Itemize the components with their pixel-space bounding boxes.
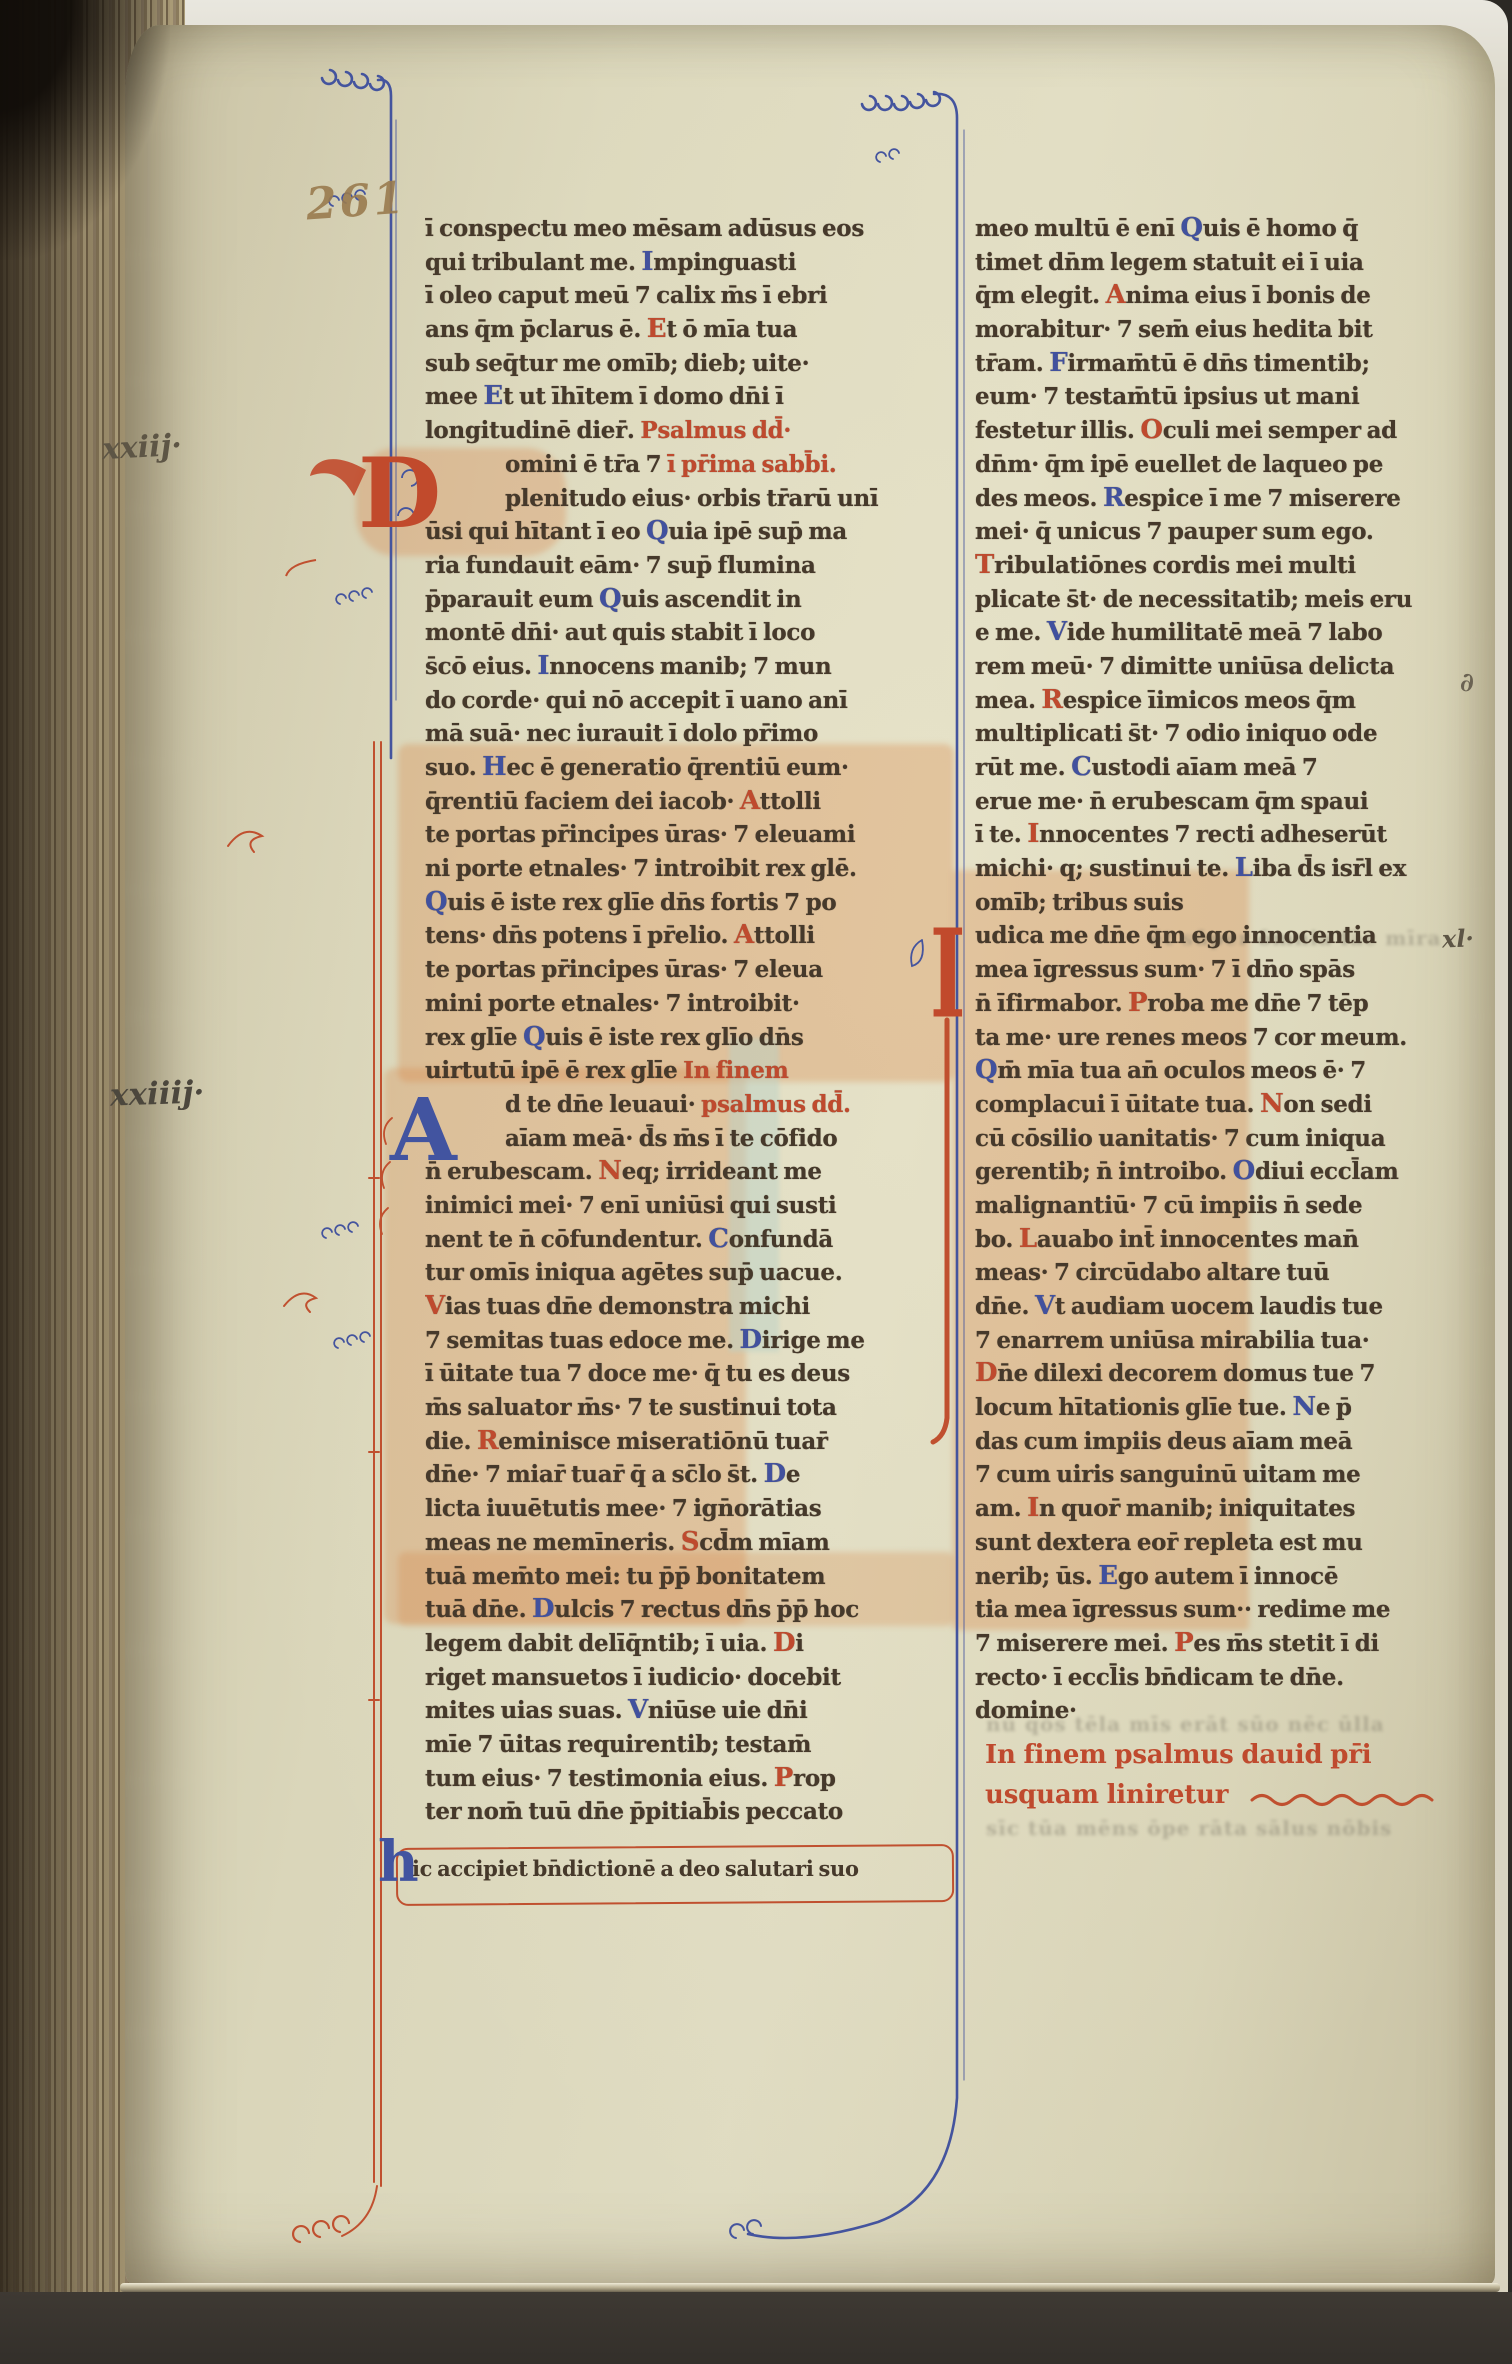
margin-note: xxiiij· (109, 1074, 205, 1113)
lombardic-initial: N (598, 1156, 621, 1186)
text-line: des meos. Respice ī me 7 miserere (975, 482, 1485, 516)
text-line: montē dn̄i· aut quis stabit ī loco (425, 616, 959, 650)
rubric-text: Psalmus dd̄· (640, 417, 791, 444)
text-line: das cum impiis deus aīam meā (975, 1425, 1485, 1459)
text-line: suo. Hec ē generatio q̄rentiū eum· (425, 751, 959, 785)
lombardic-initial: I (1027, 1493, 1039, 1523)
text-line: ī ūitate tua 7 doce me· q̄ tu es deus (425, 1357, 959, 1391)
lombardic-initial: R (1103, 483, 1124, 513)
text-line: omini ē tr̄a 7 ī pr̄ima sabb̄i. (425, 448, 959, 482)
text-line: 7 semitas tuas edoce me. Dirige me (425, 1324, 959, 1358)
text-line: s̄cō eius. Innocens manib; 7 mun (425, 650, 959, 684)
correction-line: ic accipiet bn̄dictionē a deo salutari s… (412, 1856, 944, 1881)
text-line: uirtutū ipē ē rex glīe In finem (425, 1054, 959, 1088)
leaf-bottom-edge (120, 2283, 1500, 2292)
lombardic-initial: O (1233, 1156, 1255, 1186)
lombardic-initial: N (1260, 1089, 1283, 1119)
text-line: festetur illis. Oculi mei semper ad (975, 414, 1485, 448)
bleedthrough-text: sīc tūa mēns ōpe rāta sālus nōbis (986, 1816, 1392, 1840)
text-line: omīb; tribus suis (975, 886, 1485, 920)
text-line: tuā mem̄to mei: tu p̄p̄ bonitatem (425, 1560, 959, 1594)
text-line: meas ne memīneris. Scd̄m mīam (425, 1526, 959, 1560)
lombardic-initial: H (482, 752, 506, 782)
text-line: nent te n̄ cōfundentur. Confundā (425, 1223, 959, 1257)
text-line: tum eius· 7 testimonia eius. Prop (425, 1762, 959, 1796)
text-line: ī conspectu meo mēsam adūsus eos (425, 212, 959, 246)
text-line: malignantiū· 7 cū impiis n̄ sede (975, 1189, 1485, 1223)
illuminated-initial: I (930, 914, 966, 1036)
lombardic-initial: D (532, 1594, 554, 1624)
margin-note: ∂ (1460, 668, 1474, 698)
text-line: sunt dextera eor̄ repleta est mu (975, 1526, 1485, 1560)
lombardic-initial: T (975, 550, 994, 580)
text-line: bo. Lauabo int̄ innocentes man̄ (975, 1223, 1485, 1257)
lombardic-initial: P (1128, 988, 1147, 1018)
illuminated-initial: h (378, 1834, 419, 1890)
text-line: n̄ erubescam. Neq; irrideant me (425, 1155, 959, 1189)
folio-number: 261 (304, 173, 408, 231)
rubric-line: In finem psalmus dauid pr̄i (985, 1740, 1371, 1770)
text-line: mei· q̄ unicus 7 pauper sum ego. (975, 515, 1485, 549)
lombardic-initial: P (1174, 1628, 1193, 1658)
text-line: q̄rentiū faciem dei iacob· Attolli (425, 785, 959, 819)
lombardic-initial: V (628, 1695, 648, 1725)
lombardic-initial: D (975, 1358, 997, 1388)
text-line: licta iuuētutis mee· 7 ign̄orātias (425, 1492, 959, 1526)
text-line: riget mansuetos ī iudicio· docebit (425, 1661, 959, 1695)
text-line: tens· dn̄s potens ī pr̄elio. Attolli (425, 919, 959, 953)
lombardic-initial: S (681, 1527, 699, 1557)
lombardic-initial: A (1106, 280, 1126, 310)
lombardic-initial: D (764, 1459, 786, 1489)
manuscript-photo: 261 ī conspectu meo mēsam adūsus eosqui … (0, 0, 1512, 2364)
text-line: meo multū ē enī Quis ē homo q̄ (975, 212, 1485, 246)
lombardic-initial: A (734, 920, 754, 950)
text-line: 7 cum uiris sanguinū uitam me (975, 1458, 1485, 1492)
margin-note: xl· (1442, 923, 1475, 953)
text-line: Vias tuas dn̄e demonstra michi (425, 1290, 959, 1324)
lombardic-initial: V (1035, 1291, 1055, 1321)
text-line: gerentib; n̄ introibo. Odiui eccl̄am (975, 1155, 1485, 1189)
text-column-right: meo multū ē enī Quis ē homo q̄timet dn̄m… (975, 212, 1485, 1728)
text-line: mā suā· nec iurauit ī dolo pr̄imo (425, 717, 959, 751)
lombardic-initial: R (1041, 685, 1062, 715)
text-column-left: ī conspectu meo mēsam adūsus eosqui trib… (425, 212, 959, 1829)
text-line: am. In quor̄ manib; iniquitates (975, 1492, 1485, 1526)
text-line: udica me dn̄e q̄m ego innocentia (975, 919, 1485, 953)
lombardic-initial: L (1235, 853, 1253, 883)
text-line: m̄s saluator m̄s· 7 te sustinui tota (425, 1391, 959, 1425)
text-line: qui tribulant me. Impinguasti (425, 246, 959, 280)
text-line: mea. Respice īimicos meos q̄m (975, 684, 1485, 718)
text-line: mea īgressus sum· 7 ī dn̄o spās (975, 953, 1485, 987)
text-line: Quis ē iste rex glīe dn̄s fortis 7 po (425, 886, 959, 920)
rubric-text: psalmus dd̄. (701, 1091, 851, 1118)
text-line: n̄ īfirmabor. Proba me dn̄e 7 tēp (975, 987, 1485, 1021)
lombardic-initial: Q (599, 584, 621, 614)
text-line: complacui ī ūitate tua. Non sedi (975, 1088, 1485, 1122)
text-line: dn̄m· q̄m ipē euellet de laqueo pe (975, 448, 1485, 482)
text-line: ter nom̄ tuū dn̄e p̄pitiab̄is peccato (425, 1795, 959, 1829)
text-line: mee Et ut īhītem ī domo dn̄i ī (425, 380, 959, 414)
text-line: rex glīe Quis ē iste rex glīo dn̄s (425, 1021, 959, 1055)
text-line: te portas pr̄incipes ūras· 7 eleua (425, 953, 959, 987)
text-line: domine· (975, 1694, 1485, 1728)
lombardic-initial: Q (646, 516, 668, 546)
text-line: Dn̄e dilexi decorem domus tue 7 (975, 1357, 1485, 1391)
text-line: timet dn̄m legem statuit ei ī uia (975, 246, 1485, 280)
rubric-text: In finem (683, 1057, 788, 1084)
lombardic-initial: C (1071, 752, 1091, 782)
text-line: mīe 7 ūitas requirentib; testam̄ (425, 1728, 959, 1762)
text-line: ans q̄m p̄clarus ē. Et ō mīa tua (425, 313, 959, 347)
text-line: sub seq̄tur me omīb; dieb; uite· (425, 347, 959, 381)
text-line: ria fundauit eām· 7 sup̄ flumina (425, 549, 959, 583)
text-line: die. Reminisce miseratiōnū tuar̄ (425, 1425, 959, 1459)
rubric-text: ī pr̄ima sabb̄i. (667, 451, 837, 478)
text-line: ūsi qui hītant ī eo Quia ipē sup̄ ma (425, 515, 959, 549)
text-line: tia mea īgressus sum·· redime me (975, 1593, 1485, 1627)
text-line: ta me· ure renes meos 7 cor meum. (975, 1021, 1485, 1055)
lombardic-initial: P (774, 1763, 793, 1793)
lombardic-initial: D (740, 1325, 762, 1355)
lombardic-initial: V (1047, 617, 1067, 647)
margin-note: xxiij· (101, 428, 183, 467)
lombardic-initial: E (647, 314, 667, 344)
text-line: plenitudo eius· orbis tr̄arū unī (425, 482, 959, 516)
lombardic-initial: D (773, 1628, 795, 1658)
lombardic-initial: Q (1180, 213, 1202, 243)
lombardic-initial: Q (975, 1055, 997, 1085)
lombardic-initial: I (537, 651, 549, 681)
text-line: ī oleo caput meū 7 calix m̄s ī ebri (425, 279, 959, 313)
text-line: 7 enarrem uniūsa mirabilia tua· (975, 1324, 1485, 1358)
lombardic-initial: Q (425, 887, 447, 917)
text-line: nerib; ūs. Ego autem ī innocē (975, 1560, 1485, 1594)
text-line: rūt me. Custodi aīam meā 7 (975, 751, 1485, 785)
lombardic-initial: I (641, 247, 653, 277)
text-line: tr̄am. Firmam̄tū ē dn̄s timentib; (975, 347, 1485, 381)
text-line: inimici mei· 7 enī uniūsi qui susti (425, 1189, 959, 1223)
lombardic-initial: O (1140, 415, 1162, 445)
text-line: michi· q; sustinui te. Liba d̄s isr̄l ex (975, 852, 1485, 886)
text-line: e me. Vide humilitatē meā 7 labo (975, 616, 1485, 650)
illuminated-initial: A (390, 1088, 457, 1174)
text-line: p̄parauit eum Quis ascendit in (425, 583, 959, 617)
text-line: 7 miserere mei. Pes m̄s stetit ī di (975, 1627, 1485, 1661)
lombardic-initial: N (1292, 1392, 1315, 1422)
lombardic-initial: Q (523, 1022, 545, 1052)
text-line: dn̄e· 7 miar̄ tuar̄ q̄ a sc̄lo s̄t. De (425, 1458, 959, 1492)
lombardic-initial: V (425, 1291, 445, 1321)
text-line: q̄m elegit. Anima eius ī bonis de (975, 279, 1485, 313)
text-line: rem meū· 7 dimitte uniūsa delicta (975, 650, 1485, 684)
text-line: erue me· n̄ erubescam q̄m spaui (975, 785, 1485, 819)
text-line: meas· 7 circūdabo altare tuū (975, 1256, 1485, 1290)
text-line: plicate s̄t· de necessitatib; meis eru (975, 583, 1485, 617)
lombardic-initial: E (483, 381, 503, 411)
text-line: ī te. Innocentes 7 recti adheserūt (975, 818, 1485, 852)
text-line: do corde· qui nō accepit ī uano anī (425, 684, 959, 718)
lombardic-initial: C (708, 1224, 728, 1254)
text-line: locum hītationis glīe tue. Ne p̄ (975, 1391, 1485, 1425)
text-line: ni porte etnales· 7 introibit rex glē. (425, 852, 959, 886)
text-line: mini porte etnales· 7 introibit· (425, 987, 959, 1021)
text-line: aīam meā· d̄s m̄s ī te cōfido (425, 1122, 959, 1156)
text-line: Qm̄ mīa tua an̄ oculos meos ē· 7 (975, 1054, 1485, 1088)
background-bottom (0, 2292, 1512, 2364)
text-line: Tribulatiōnes cordis mei multi (975, 549, 1485, 583)
text-line: morabitur· 7 sem̄ eius hedita bit (975, 313, 1485, 347)
lombardic-initial: F (1049, 348, 1067, 378)
text-line: longitudinē dier̄. Psalmus dd̄· (425, 414, 959, 448)
lombardic-initial: L (1019, 1224, 1037, 1254)
text-line: recto· ī eccl̄is bn̄dicam te dn̄e. (975, 1661, 1485, 1695)
rubric-line: usquam liniretur (985, 1780, 1228, 1810)
lombardic-initial: A (740, 786, 760, 816)
text-line: tuā dn̄e. Dulcis 7 rectus dn̄s p̄p̄ hoc (425, 1593, 959, 1627)
lombardic-initial: R (477, 1426, 498, 1456)
text-line: te portas pr̄incipes ūras· 7 eleuami (425, 818, 959, 852)
text-line: cū cōsilio uanitatis· 7 cum iniqua (975, 1122, 1485, 1156)
text-line: d te dn̄e leuaui· psalmus dd̄. (425, 1088, 959, 1122)
text-line: legem dabit delīq̄ntib; ī uia. Di (425, 1627, 959, 1661)
illuminated-initial: D (358, 446, 441, 542)
text-line: eum· 7 testam̄tū ipsius ut mani (975, 380, 1485, 414)
lombardic-initial: E (1098, 1561, 1118, 1591)
text-line: tur omīs iniqua agētes sup̄ uacue. (425, 1256, 959, 1290)
text-line: mites uias suas. Vniūse uie dn̄i (425, 1694, 959, 1728)
text-line: dn̄e. Vt audiam uocem laudis tue (975, 1290, 1485, 1324)
lombardic-initial: I (1027, 819, 1039, 849)
text-line: multiplicati s̄t· 7 odio iniquo ode (975, 717, 1485, 751)
